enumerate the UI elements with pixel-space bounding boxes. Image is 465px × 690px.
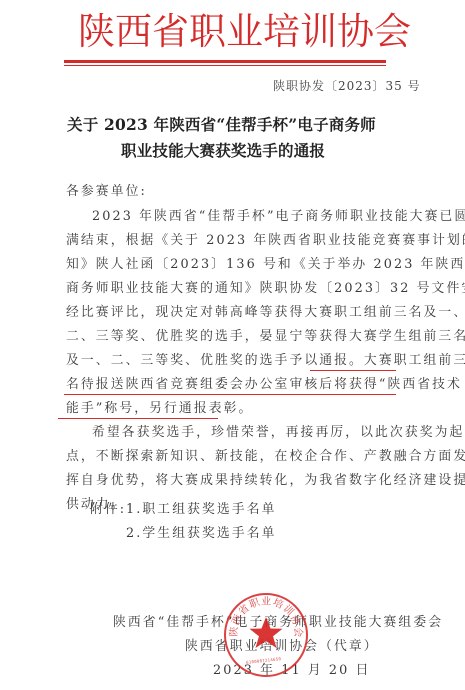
paragraph-2-line: 点，不断探索新知识、新技能，在校企合作、产教融合方面发 — [66, 449, 465, 465]
document-title-line-2: 职业技能大赛获奖选手的通报 — [121, 139, 325, 161]
highlight-underline — [58, 418, 218, 419]
attachment-item: 2.学生组获奖选手名单 — [126, 522, 276, 541]
highlight-underline — [64, 394, 396, 395]
document-number: 陕职协发〔2023〕35 号 — [273, 77, 421, 94]
attachment-item: 1.职工组获奖选手名单 — [126, 498, 276, 517]
paragraph-1-line: 商务师职业技能大赛的通知》陕职协发〔2023〕32 号文件安排， — [66, 281, 465, 297]
paragraph-2-line: 挥自身优势，将大赛成果持续转化，为我省数字化经济建设提 — [66, 473, 465, 489]
paragraph-1-line: 名待报送陕西省竞赛组委会办公室审核后将获得“陕西省技术 — [66, 377, 462, 393]
paragraph-1-line: 满结束，根据《关于 2023 年陕西省职业技能竞赛赛事计划的通 — [66, 233, 465, 249]
letterhead-rule-thick — [64, 60, 386, 63]
attachments-label: 附件: — [90, 498, 126, 517]
seal-star-icon — [248, 615, 284, 651]
official-seal: 陕西省职业培训协会 6100007214650 — [224, 593, 308, 677]
paragraph-1-line: 及一、二、三等奖、优胜奖的选手予以通报。大赛职工组前三 — [66, 353, 465, 369]
paragraph-1-line: 二、三等奖、优胜奖的选手，晏显宁等获得大赛学生组前三名 — [66, 329, 465, 345]
organization-letterhead: 陕西省职业培训协会 — [78, 11, 388, 53]
paragraph-1-line: 经比赛评比，现决定对韩高峰等获得大赛职工组前三名及一、 — [66, 305, 465, 321]
paragraph-2-line: 希望各获奖选手，珍惜荣誉，再接再厉，以此次获奖为起 — [92, 425, 464, 441]
salutation: 各参赛单位: — [66, 184, 147, 200]
paragraph-1-line: 知》陕人社函〔2023〕136 号和《关于举办 2023 年陕西省电子 — [66, 257, 465, 273]
paragraph-1-line: 2023 年陕西省“佳帮手杯”电子商务师职业技能大赛已圆 — [92, 209, 465, 225]
highlight-underline — [310, 370, 396, 371]
document-title-line-1: 关于 2023 年陕西省“佳帮手杯”电子商务师 — [67, 113, 376, 135]
paragraph-1-line: 能手”称号，另行通报表彰。 — [66, 401, 253, 417]
letterhead-rule-thin — [64, 65, 386, 66]
